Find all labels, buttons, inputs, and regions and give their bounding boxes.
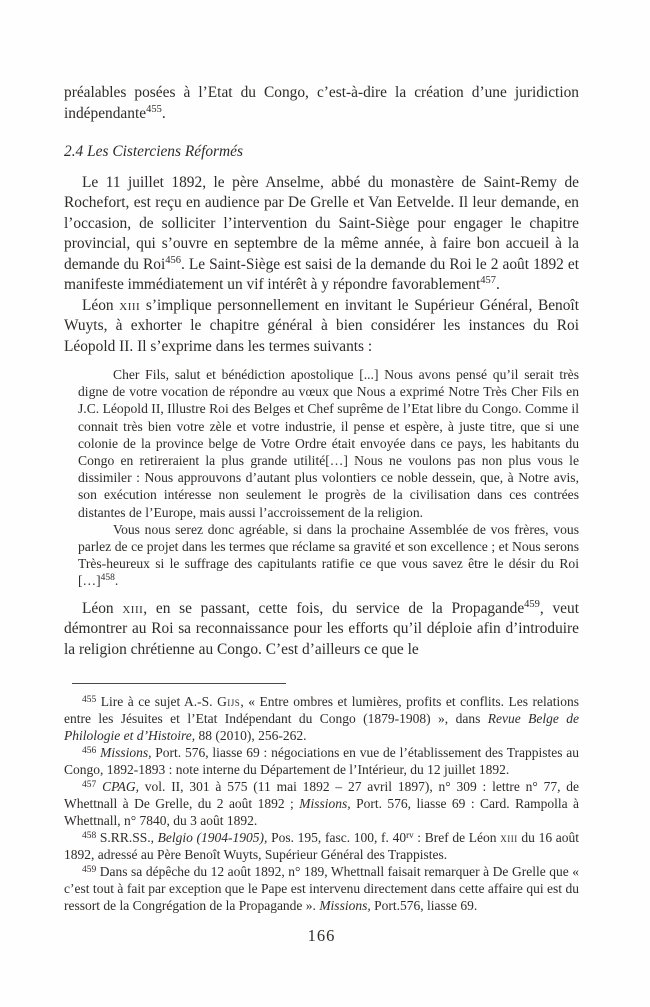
footnote-455-text-3: 88 (2010), 256-262.	[195, 728, 306, 743]
footnote-457-italic-2: Missions,	[299, 796, 350, 811]
footnote-ref-455: 455	[146, 104, 162, 115]
footnote-458-italic: Belgio (1904-1905),	[158, 830, 268, 845]
quote-paragraph-2-after: .	[115, 573, 118, 588]
footnote-458-text-2: Pos. 195, fasc. 100, f. 40	[267, 830, 406, 845]
paragraph-2-text-1: Léon	[82, 297, 119, 314]
footnote-separator	[72, 683, 286, 684]
footnote-456: 456 Missions, Port. 576, liasse 69 : nég…	[64, 744, 579, 778]
document-page: préalables posées à l’Etat du Congo, c’e…	[0, 0, 650, 1007]
footnote-455: 455 Lire à ce sujet A.-S. Gijs, « Entre …	[64, 693, 579, 744]
footnote-458-folio-superscript: rv	[406, 830, 414, 840]
intro-paragraph: préalables posées à l’Etat du Congo, c’e…	[64, 83, 579, 124]
paragraph-1-text-3: .	[496, 276, 500, 293]
intro-paragraph-after: .	[162, 105, 166, 122]
footnote-457-italic-1: CPAG,	[102, 779, 139, 794]
footnote-457: 457 CPAG, vol. II, 301 à 575 (11 mai 189…	[64, 778, 579, 829]
papal-letter-quote: Cher Fils, salut et bénédiction apostoli…	[78, 366, 579, 590]
section-heading: 2.4 Les Cisterciens Réformés	[64, 142, 579, 163]
quote-paragraph-2: Vous nous serez donc agréable, si dans l…	[78, 521, 579, 590]
paragraph-2-smallcaps: xiii	[119, 297, 140, 314]
page-content: préalables posées à l’Etat du Congo, c’e…	[0, 0, 650, 946]
intro-paragraph-text: préalables posées à l’Etat du Congo, c’e…	[64, 84, 579, 122]
footnote-455-smallcaps: Gijs	[217, 694, 240, 709]
footnote-458-number: 458	[82, 831, 96, 841]
paragraph-2: Léon xiii s’implique personnellement en …	[64, 296, 579, 358]
footnote-456-number: 456	[82, 746, 96, 756]
footnote-458: 458 S.RR.SS., Belgio (1904-1905), Pos. 1…	[64, 829, 579, 863]
footnote-456-italic: Missions,	[100, 745, 151, 760]
paragraph-3-text-2: , en se passant, cette fois, du service …	[143, 600, 524, 617]
footnote-458-text-3: : Bref de Léon	[414, 830, 501, 845]
footnote-ref-458: 458	[101, 573, 115, 583]
footnotes-section: 455 Lire à ce sujet A.-S. Gijs, « Entre …	[64, 693, 579, 914]
paragraph-3-smallcaps: xiii	[122, 600, 143, 617]
footnote-455-number: 455	[82, 695, 96, 705]
footnote-459-italic: Missions,	[319, 898, 370, 913]
page-number: 166	[64, 926, 579, 946]
quote-paragraph-1: Cher Fils, salut et bénédiction apostoli…	[78, 366, 579, 521]
footnote-459: 459 Dans sa dépêche du 12 août 1892, n° …	[64, 863, 579, 914]
footnote-ref-457: 457	[480, 275, 496, 286]
paragraph-2-text-2: s’implique personnellement en invitant l…	[64, 297, 579, 355]
paragraph-3-text-1: Léon	[82, 600, 122, 617]
footnote-457-number: 457	[82, 780, 96, 790]
paragraph-1: Le 11 juillet 1892, le père Anselme, abb…	[64, 173, 579, 296]
footnote-458-text-1: S.RR.SS.,	[96, 830, 157, 845]
footnote-455-text-1: Lire à ce sujet A.-S.	[96, 694, 217, 709]
quote-paragraph-2-text: Vous nous serez donc agréable, si dans l…	[78, 522, 579, 589]
footnote-459-text-2: Port.576, liasse 69.	[371, 898, 478, 913]
footnote-459-number: 459	[82, 865, 96, 875]
paragraph-3: Léon xiii, en se passant, cette fois, du…	[64, 599, 579, 661]
footnote-458-smallcaps: xiii	[500, 830, 518, 845]
footnote-ref-456: 456	[165, 255, 181, 266]
footnote-ref-459: 459	[524, 599, 540, 610]
